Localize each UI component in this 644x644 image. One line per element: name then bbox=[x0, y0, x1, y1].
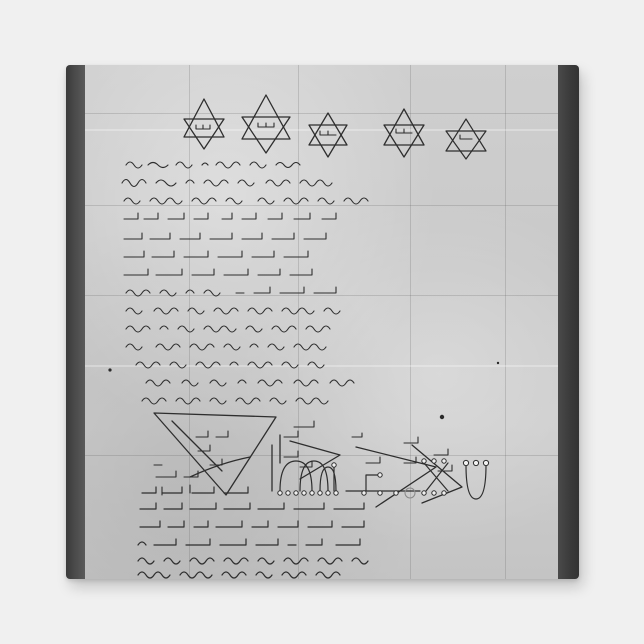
manuscript-ink bbox=[66, 65, 579, 579]
manuscript-text-upper bbox=[122, 162, 368, 404]
manuscript-text-lower bbox=[138, 487, 368, 578]
hexagram-icon bbox=[184, 99, 224, 149]
canvas-print bbox=[66, 65, 579, 579]
